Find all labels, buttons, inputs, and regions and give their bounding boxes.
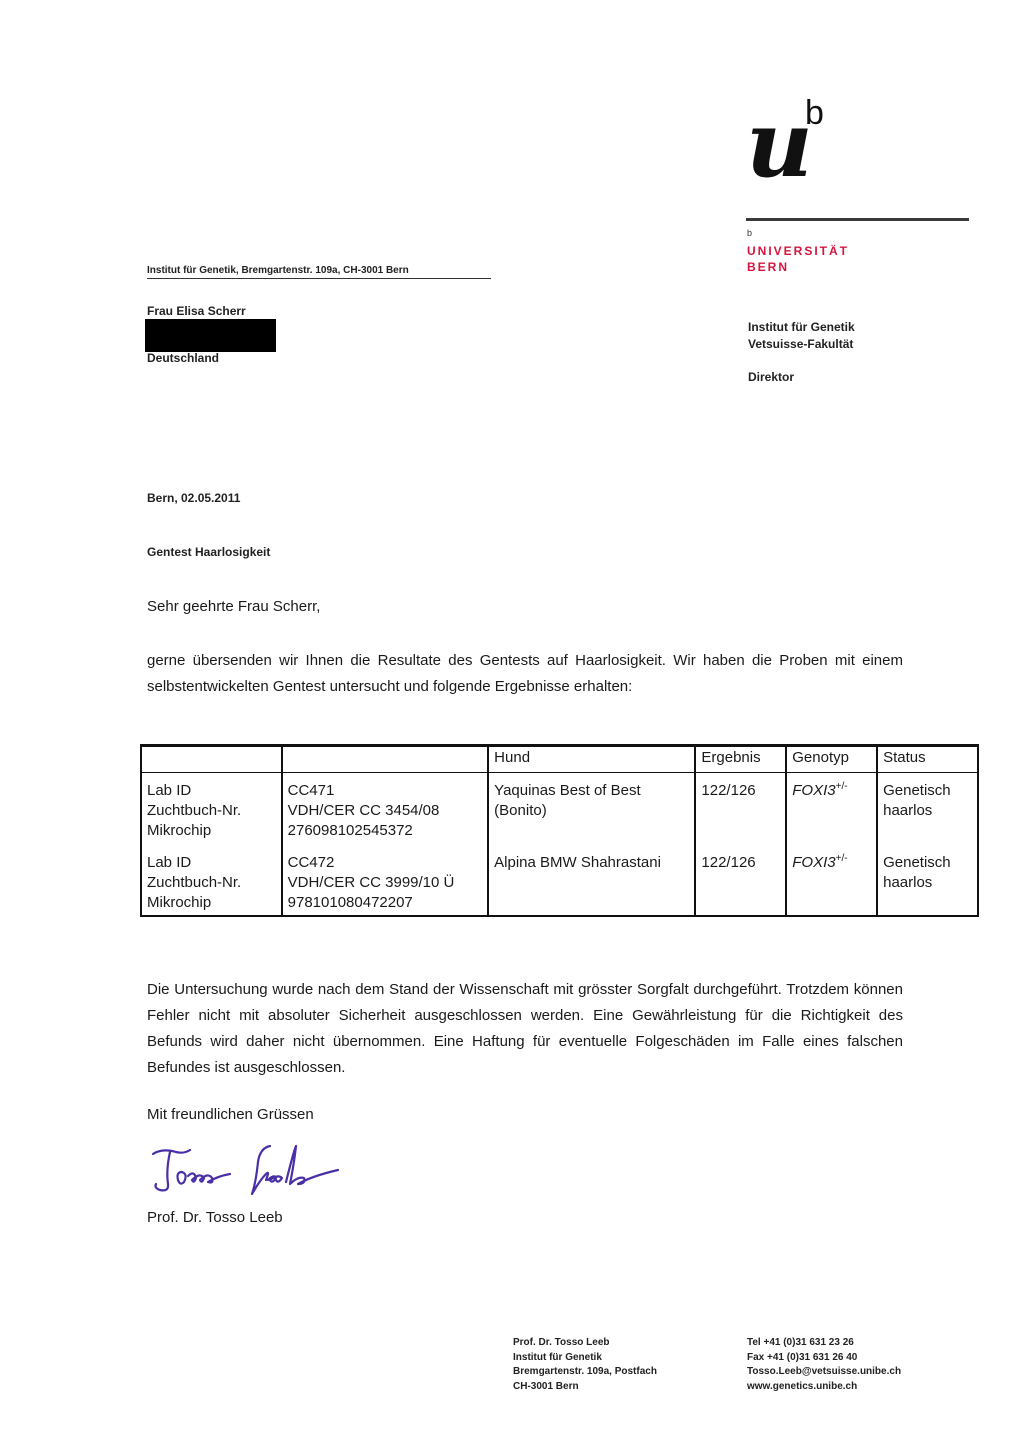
table-row: Lab ID Zuchtbuch-Nr. Mikrochip CC471 VDH… [141,773,978,854]
label-lab-id: Lab ID [147,781,276,801]
genotype-alleles: +/- [836,781,848,792]
recipient-country: Deutschland [147,351,219,365]
dog-name: Yaquinas Best of Best (Bonito) [488,773,695,854]
header-result: Ergebnis [695,746,786,773]
genotype-gene: FOXI3 [792,854,835,871]
test-result: 122/126 [695,773,786,854]
footer-website: www.genetics.unibe.ch [747,1380,901,1395]
table-header-row: Hund Ergebnis Genotyp Status [141,746,978,773]
footer-phone: Tel +41 (0)31 631 23 26 [747,1336,901,1351]
lab-id-value: CC471 [288,781,483,801]
redacted-address-block [145,319,276,352]
handwritten-signature [148,1140,348,1200]
microchip-value: 276098102545372 [288,821,483,841]
footer-address-line: Prof. Dr. Tosso Leeb [513,1336,657,1351]
institute-line2: Vetsuisse-Fakultät [748,336,855,353]
footer-address-line: Bremgartenstr. 109a, Postfach [513,1365,657,1380]
sender-address-line: Institut für Genetik, Bremgartenstr. 109… [147,265,491,279]
genotype: FOXI3+/- [786,773,877,854]
salutation: Sehr geehrte Frau Scherr, [147,598,320,615]
closing-phrase: Mit freundlichen Grüssen [147,1106,314,1123]
footer-address: Prof. Dr. Tosso Leeb Institut für Geneti… [513,1336,657,1394]
microchip-value: 978101080472207 [288,893,483,913]
row-labels: Lab ID Zuchtbuch-Nr. Mikrochip [141,773,282,854]
genotype-gene: FOXI3 [792,782,835,799]
label-studbook-no: Zuchtbuch-Nr. [147,873,276,893]
test-result: 122/126 [695,853,786,916]
signer-name: Prof. Dr. Tosso Leeb [147,1209,283,1226]
lab-id-value: CC472 [288,853,483,873]
university-name-line1: UNIVERSITÄT [747,243,849,259]
footer-contact: Tel +41 (0)31 631 23 26 Fax +41 (0)31 63… [747,1336,901,1394]
row-ids: CC471 VDH/CER CC 3454/08 276098102545372 [282,773,489,854]
letter-subject: Gentest Haarlosigkeit [147,545,270,559]
institute-block: Institut für Genetik Vetsuisse-Fakultät [748,319,855,353]
intro-paragraph: gerne übersenden wir Ihnen die Resultate… [147,648,903,700]
letter-date: Bern, 02.05.2011 [147,491,240,505]
studbook-no-value: VDH/CER CC 3999/10 Ü [288,873,483,893]
institute-line1: Institut für Genetik [748,319,855,336]
header-genotype: Genotyp [786,746,877,773]
footer-fax: Fax +41 (0)31 631 26 40 [747,1351,901,1366]
genotype: FOXI3+/- [786,853,877,916]
label-lab-id: Lab ID [147,853,276,873]
status: Genetisch haarlos [877,773,978,854]
footer-address-line: CH-3001 Bern [513,1380,657,1395]
label-microchip: Mikrochip [147,893,276,913]
status: Genetisch haarlos [877,853,978,916]
results-table: Hund Ergebnis Genotyp Status Lab ID Zuch… [140,744,979,917]
recipient-name: Frau Elisa Scherr [147,303,246,319]
logo-divider [746,218,969,221]
university-name: UNIVERSITÄT BERN [747,243,849,275]
university-logo-b: b [805,96,824,130]
logo-mini-mark: b [747,228,752,238]
dog-name: Alpina BMW Shahrastani [488,853,695,916]
label-studbook-no: Zuchtbuch-Nr. [147,801,276,821]
university-logo-u: u [746,98,809,190]
genotype-alleles: +/- [836,853,848,864]
header-labels [141,746,282,773]
header-dog: Hund [488,746,695,773]
label-microchip: Mikrochip [147,821,276,841]
table-row: Lab ID Zuchtbuch-Nr. Mikrochip CC472 VDH… [141,853,978,916]
university-name-line2: BERN [747,259,849,275]
studbook-no-value: VDH/CER CC 3454/08 [288,801,483,821]
row-ids: CC472 VDH/CER CC 3999/10 Ü 9781010804722… [282,853,489,916]
header-ids [282,746,489,773]
row-labels: Lab ID Zuchtbuch-Nr. Mikrochip [141,853,282,916]
header-status: Status [877,746,978,773]
disclaimer-paragraph: Die Untersuchung wurde nach dem Stand de… [147,977,903,1081]
institute-role: Direktor [748,370,794,384]
footer-address-line: Institut für Genetik [513,1351,657,1366]
footer-email: Tosso.Leeb@vetsuisse.unibe.ch [747,1365,901,1380]
